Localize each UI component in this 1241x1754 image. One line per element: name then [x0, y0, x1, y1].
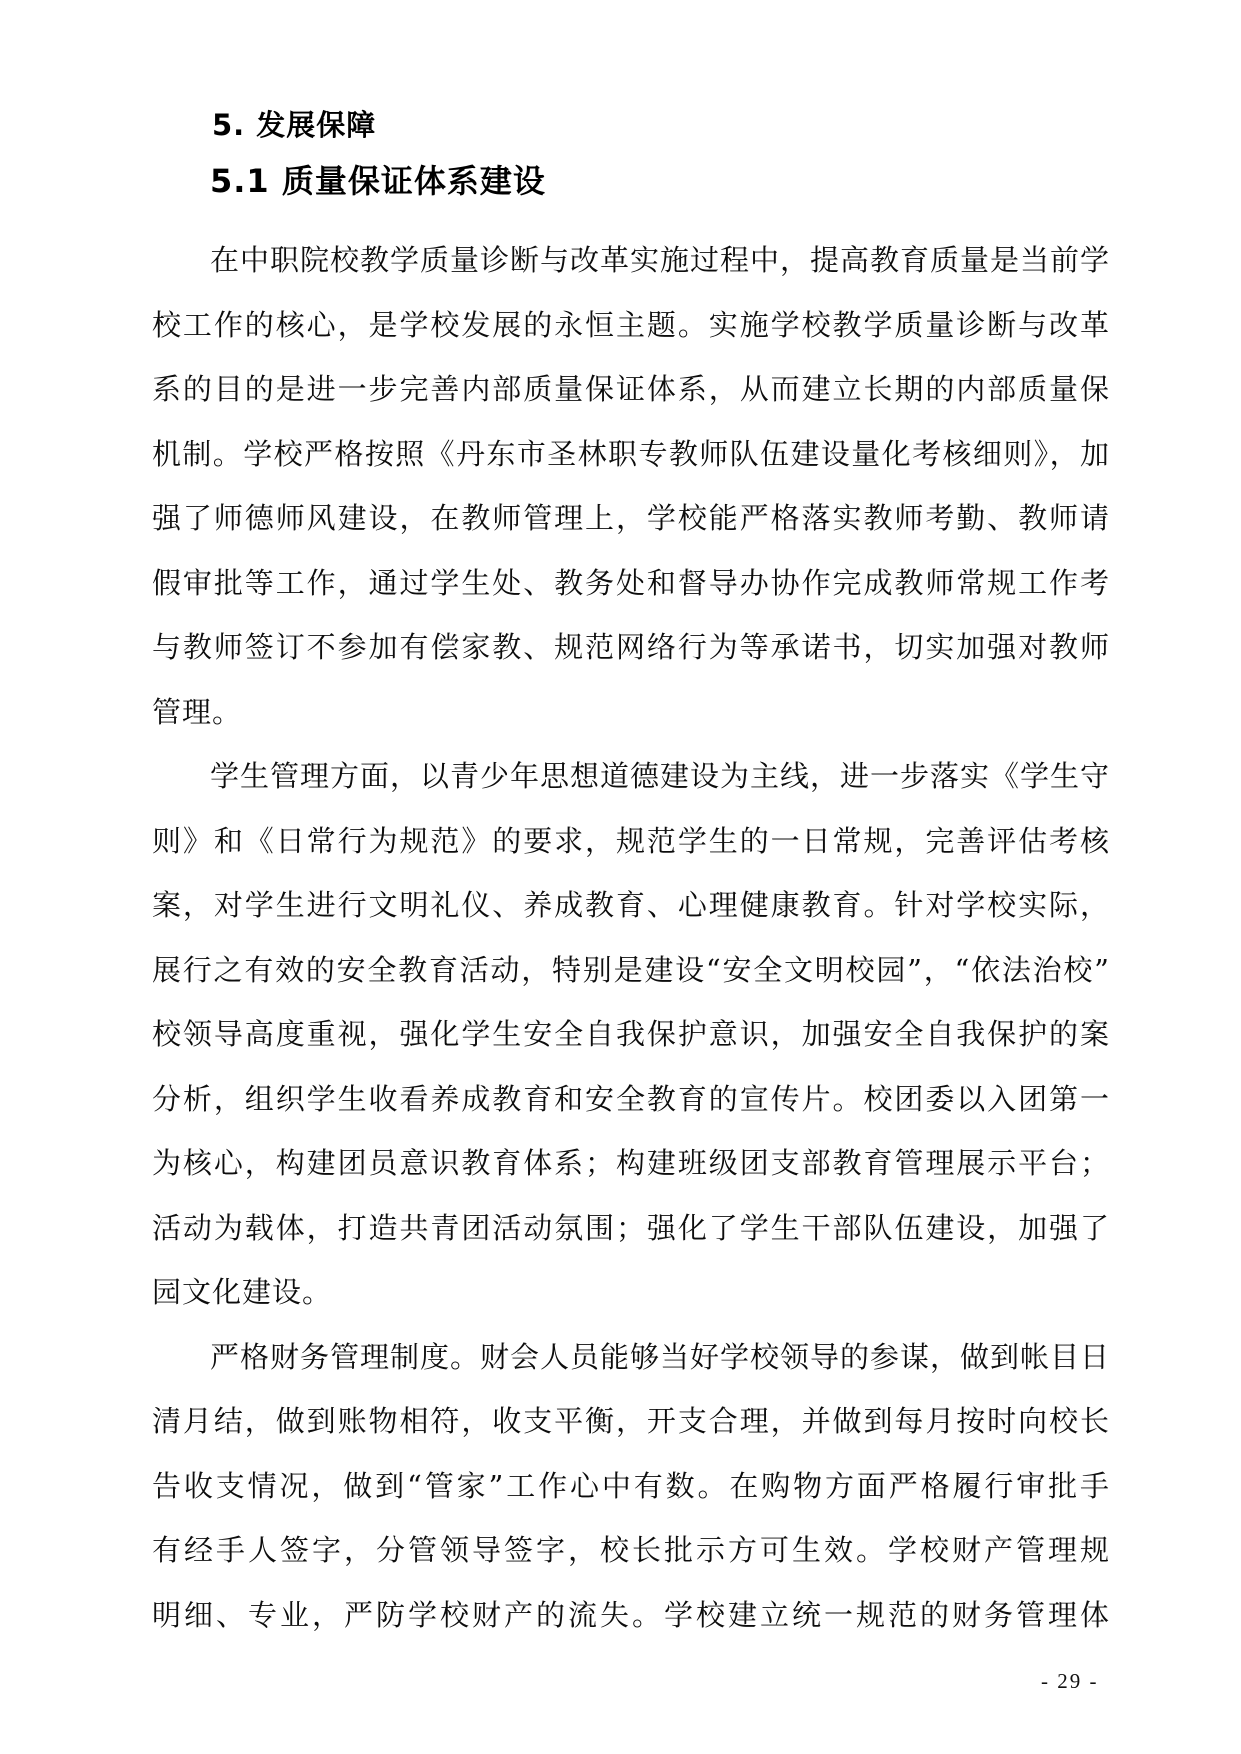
text-line: 校工作的核心，是学校发展的永恒主题。实施学校教学质量诊断与改革体	[152, 293, 1110, 358]
text-line: 告收支情况，做到“管家”工作心中有数。在购物方面严格履行审批手续。	[152, 1454, 1110, 1519]
text-line: 强了师德师风建设，在教师管理上，学校能严格落实教师考勤、教师请销	[152, 486, 1110, 551]
text-line: 明细、专业，严防学校财产的流失。学校建立统一规范的财务管理体系，	[152, 1583, 1110, 1648]
paragraph-3: 严格财务管理制度。财会人员能够当好学校领导的参谋，做到帐目日 清月结，做到账物相…	[152, 1325, 1110, 1648]
paragraph-2: 学生管理方面，以青少年思想道德建设为主线，进一步落实《学生守 则》和《日常行为规…	[152, 744, 1110, 1325]
text-line: 学生管理方面，以青少年思想道德建设为主线，进一步落实《学生守	[152, 744, 1110, 809]
text-line: 案，对学生进行文明礼仪、养成教育、心理健康教育。针对学校实际，开	[152, 873, 1110, 938]
text-line: 则》和《日常行为规范》的要求，规范学生的一日常规，完善评估考核方	[152, 809, 1110, 874]
text-line: 管理。	[152, 680, 1110, 745]
page-number: - 29 -	[1041, 1668, 1099, 1694]
document-page: 5. 发展保障 5.1 质量保证体系建设 在中职院校教学质量诊断与改革实施过程中…	[0, 0, 1241, 1754]
text-line: 与教师签订不参加有偿家教、规范网络行为等承诺书，切实加强对教师的	[152, 615, 1110, 680]
text-line: 活动为载体，打造共青团活动氛围；强化了学生干部队伍建设，加强了校	[152, 1196, 1110, 1261]
text-line: 为核心，构建团员意识教育体系；构建班级团支部教育管理展示平台；以	[152, 1131, 1110, 1196]
text-line: 假审批等工作，通过学生处、教务处和督导办协作完成教师常规工作考核，	[152, 551, 1110, 616]
text-line: 校领导高度重视，强化学生安全自我保护意识，加强安全自我保护的案例	[152, 1002, 1110, 1067]
text-line: 严格财务管理制度。财会人员能够当好学校领导的参谋，做到帐目日	[152, 1325, 1110, 1390]
text-line: 园文化建设。	[152, 1260, 1110, 1325]
text-line: 系的目的是进一步完善内部质量保证体系，从而建立长期的内部质量保证	[152, 357, 1110, 422]
text-line: 展行之有效的安全教育活动，特别是建设“安全文明校园”，“依法治校”	[152, 938, 1110, 1003]
text-line: 有经手人签字，分管领导签字，校长批示方可生效。学校财产管理规范、	[152, 1518, 1110, 1583]
section-heading: 5. 发展保障	[212, 108, 376, 142]
paragraph-1: 在中职院校教学质量诊断与改革实施过程中，提高教育质量是当前学 校工作的核心，是学…	[152, 228, 1110, 744]
subsection-heading: 5.1 质量保证体系建设	[210, 163, 546, 200]
text-line: 在中职院校教学质量诊断与改革实施过程中，提高教育质量是当前学	[152, 228, 1110, 293]
text-line: 分析，组织学生收看养成教育和安全教育的宣传片。校团委以入团第一课	[152, 1067, 1110, 1132]
text-line: 机制。学校严格按照《丹东市圣林职专教师队伍建设量化考核细则》，加	[152, 422, 1110, 487]
text-line: 清月结，做到账物相符，收支平衡，开支合理，并做到每月按时向校长报	[152, 1389, 1110, 1454]
document-body: 在中职院校教学质量诊断与改革实施过程中，提高教育质量是当前学 校工作的核心，是学…	[152, 228, 1110, 1647]
